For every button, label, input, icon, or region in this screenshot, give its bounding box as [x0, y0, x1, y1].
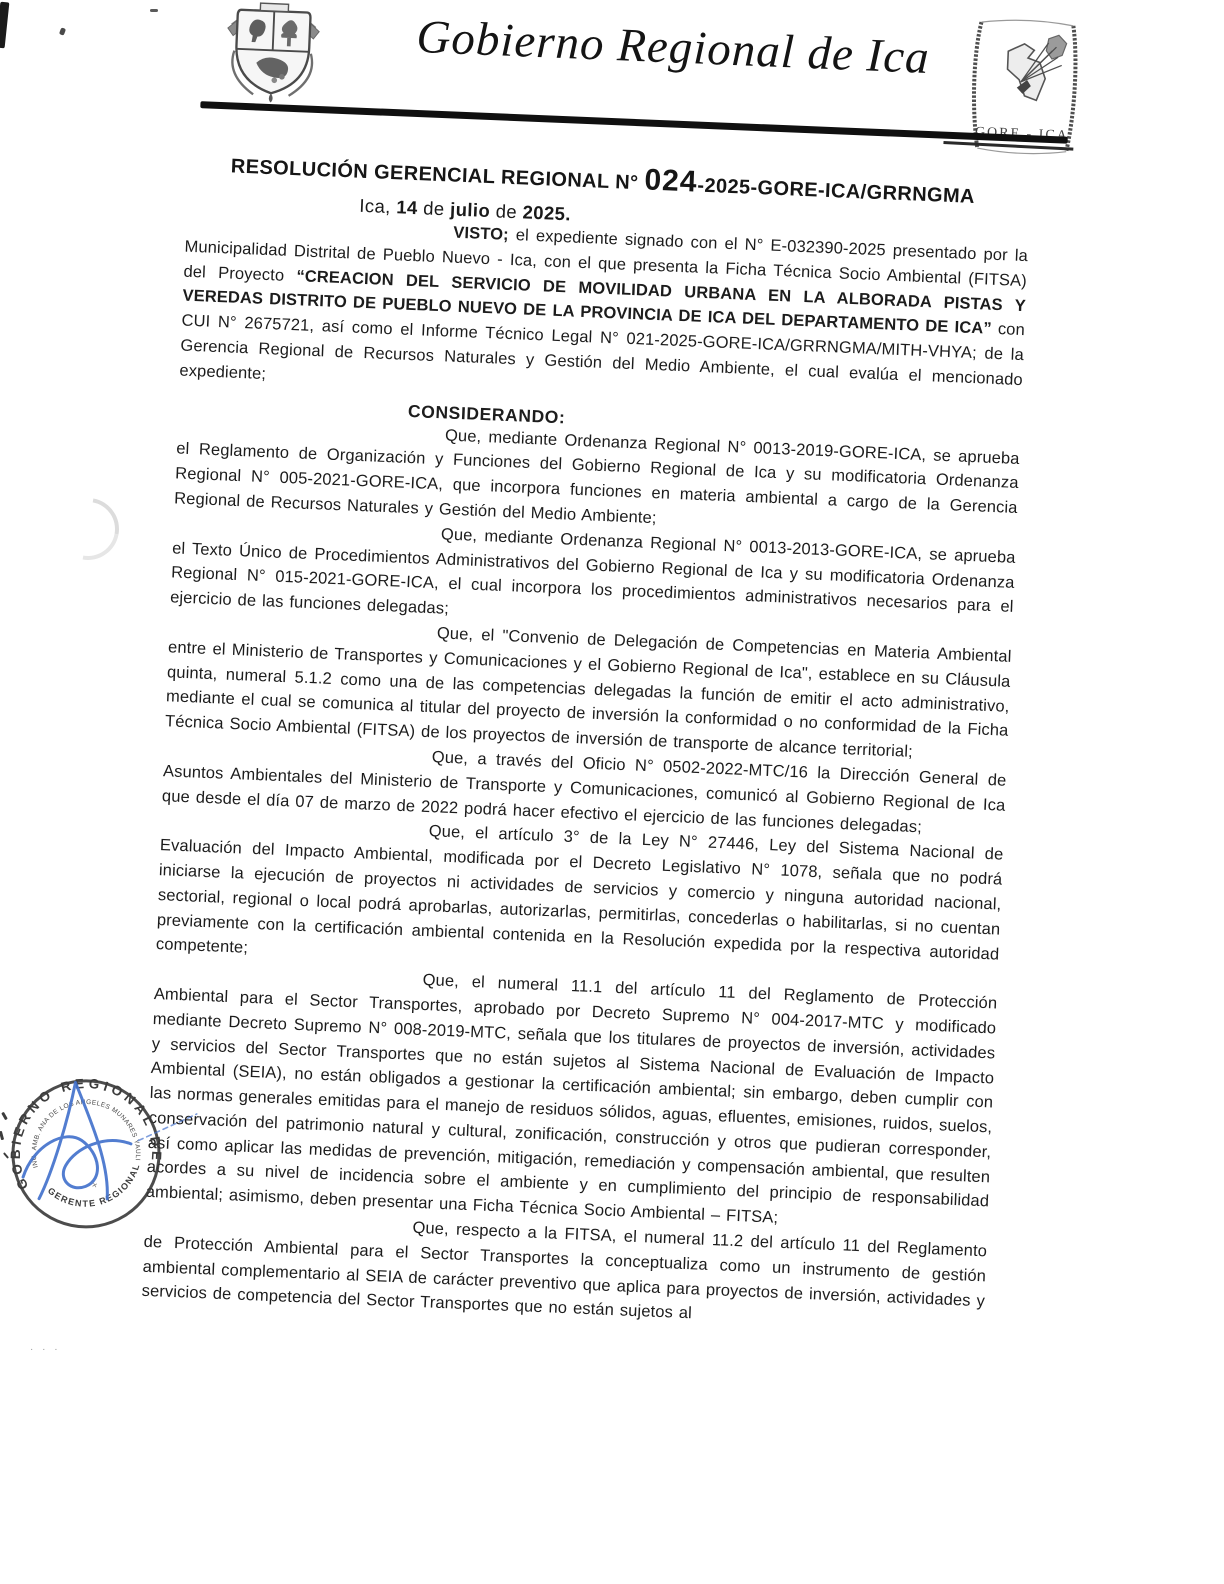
- dateline-de2: de: [495, 200, 517, 222]
- resolution-title-suffix: -2025-GORE-ICA/GRRNGMA: [697, 175, 975, 208]
- document-page: Gobierno Regional de Ica GORE - ICA RESO: [0, 0, 1224, 1584]
- official-stamp: GOBIERNO REGIONAL DE ICA ING. AMB. ANA D…: [0, 1049, 227, 1255]
- scan-artifact-corner: [0, 2, 9, 49]
- scan-dots: · · ·: [30, 1344, 61, 1355]
- resolution-title-prefix: RESOLUCIÓN GERENCIAL REGIONAL N°: [230, 155, 644, 194]
- dateline-month: julio: [450, 198, 491, 221]
- resolution-number: 024: [644, 163, 698, 198]
- scan-speck: [150, 9, 158, 12]
- considerando-paragraph-6: Que, el numeral 11.1 del artículo 11 del…: [145, 957, 997, 1239]
- dateline-day: 14: [396, 196, 418, 218]
- stamp-ring: [1, 1069, 170, 1238]
- dateline-de1: de: [423, 197, 445, 219]
- dateline-city: Ica,: [359, 195, 391, 217]
- resolution-title: RESOLUCIÓN GERENCIAL REGIONAL N° 024-202…: [230, 146, 1073, 214]
- visto-paragraph: VISTO; el expediente signado con el N° E…: [179, 210, 1028, 418]
- dateline-year: 2025.: [522, 201, 571, 224]
- org-name: Gobierno Regional de Ica: [392, 9, 954, 86]
- visto-label: VISTO;: [453, 224, 509, 244]
- peru-coat-of-arms-icon: [218, 0, 327, 112]
